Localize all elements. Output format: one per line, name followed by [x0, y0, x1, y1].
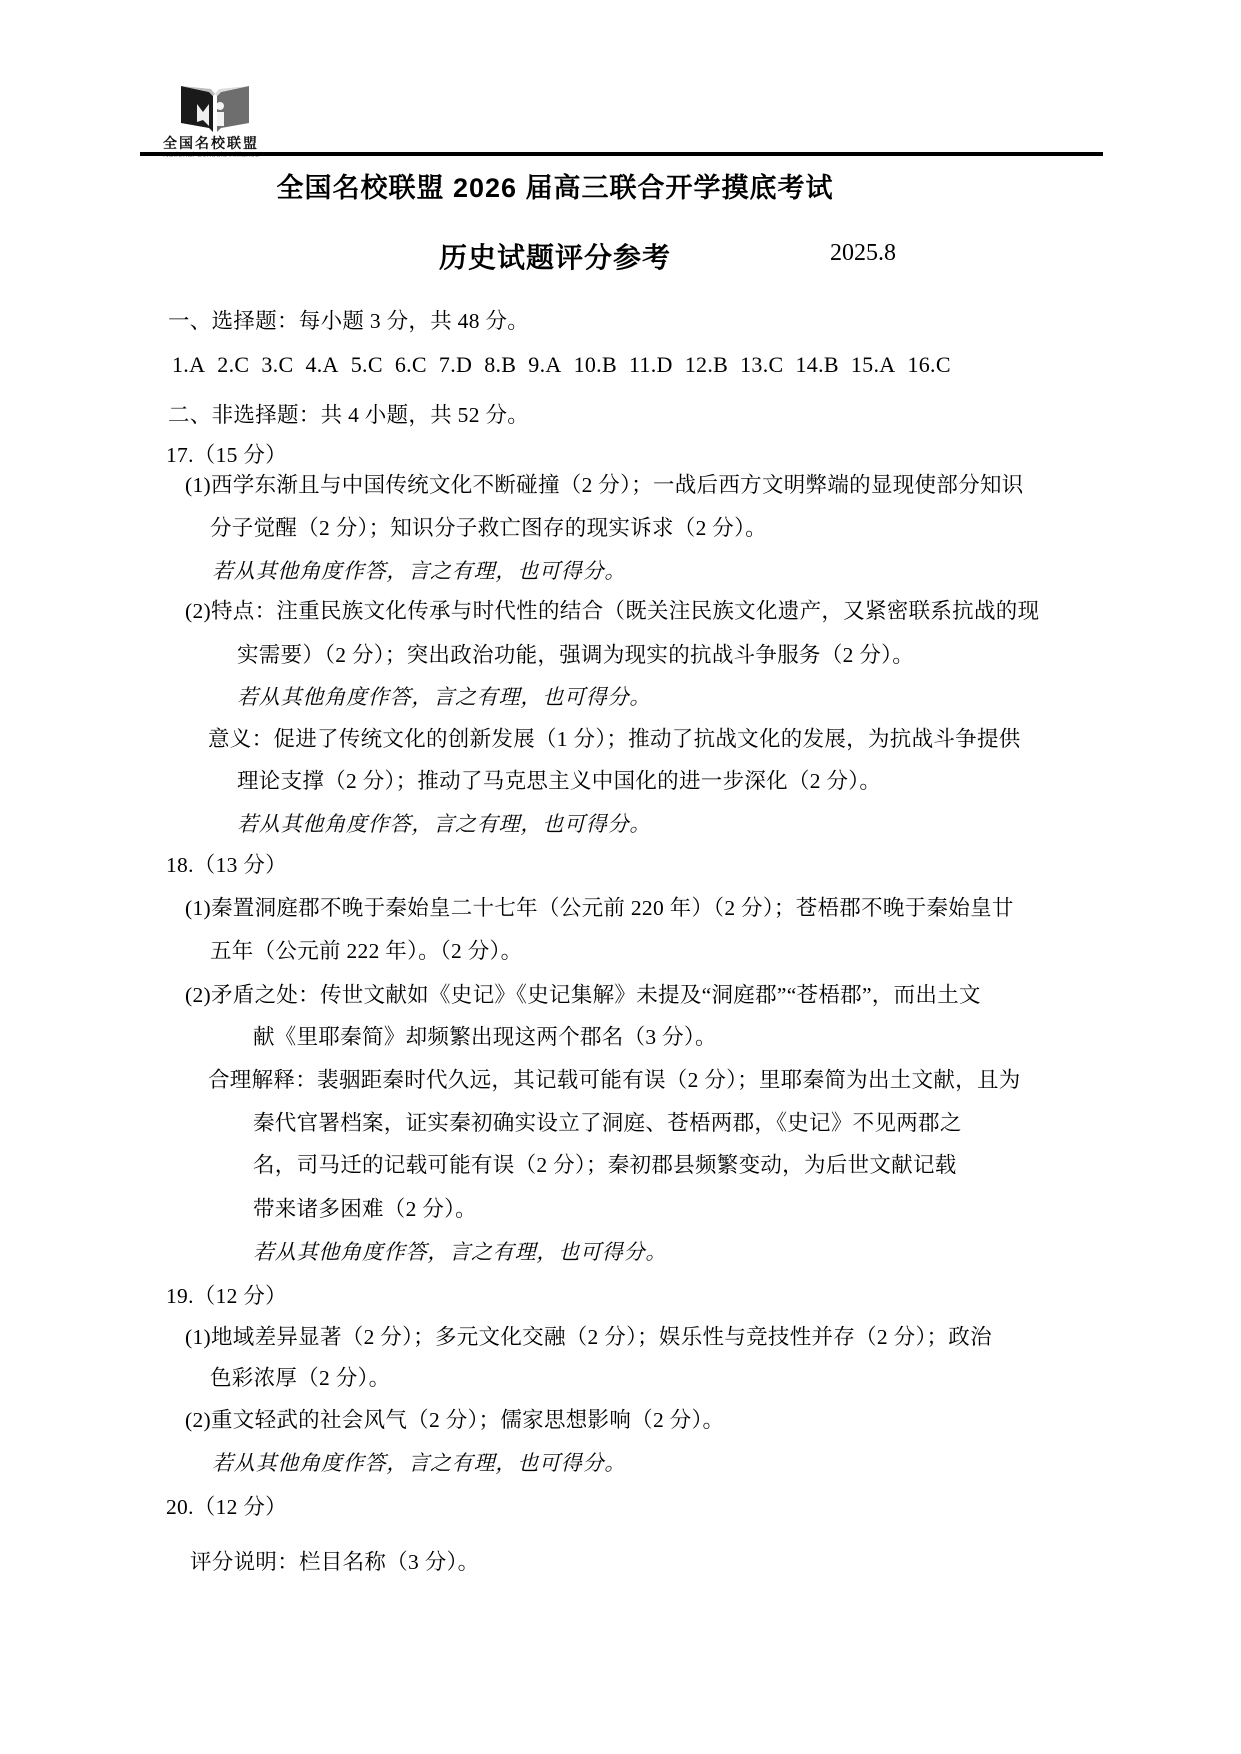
answer-item: 1.A	[172, 352, 205, 377]
answer-item: 11.D	[629, 352, 673, 377]
answer-item: 9.A	[528, 352, 561, 377]
open-book-logo-icon	[175, 82, 255, 134]
header-divider	[140, 152, 1103, 156]
exam-title: 全国名校联盟 2026 届高三联合开学摸底考试	[276, 173, 833, 203]
q18-answer-line: 带来诸多困难（2 分）。	[253, 1196, 477, 1222]
q20-answer-line: 评分说明：栏目名称（3 分）。	[190, 1549, 479, 1575]
answer-item: 14.B	[795, 352, 838, 377]
section-1-heading: 一、选择题：每小题 3 分，共 48 分。	[168, 308, 529, 334]
q19-note-line: 若从其他角度作答，言之有理，也可得分。	[212, 1450, 626, 1476]
q18-answer-line: (2)矛盾之处：传世文献如《史记》《史记集解》未提及“洞庭郡”“苍梧郡”，而出土…	[185, 982, 981, 1008]
q18-answer-line: 名，司马迁的记载可能有误（2 分）；秦初郡县频繁变动，为后世文献记载	[253, 1152, 957, 1178]
q17-note-line: 若从其他角度作答，言之有理，也可得分。	[212, 558, 626, 584]
q17-answer-line: 分子觉醒（2 分）；知识分子救亡图存的现实诉求（2 分）。	[210, 515, 767, 541]
q17-answer-line: (2)特点：注重民族文化传承与时代性的结合（既关注民族文化遗产，又紧密联系抗战的…	[185, 598, 1039, 624]
subject-title: 历史试题评分参考	[439, 242, 671, 273]
alliance-logo: 全国名校联盟 National Schools Alliance	[163, 82, 333, 159]
answer-item: 16.C	[907, 352, 950, 377]
q18-answer-line: 合理解释：裴骃距秦时代久远，其记载可能有误（2 分）；里耶秦简为出土文献，且为	[208, 1067, 1021, 1093]
q19-answer-line: 色彩浓厚（2 分）。	[210, 1365, 390, 1391]
answer-item: 8.B	[484, 352, 516, 377]
answer-item: 4.A	[305, 352, 338, 377]
q17-answer-line: 意义：促进了传统文化的创新发展（1 分）；推动了抗战文化的发展，为抗战斗争提供	[208, 726, 1021, 752]
q19-answer-line: (2)重文轻武的社会风气（2 分）；儒家思想影响（2 分）。	[185, 1407, 724, 1433]
q19-number: 19.（12 分）	[166, 1283, 287, 1309]
answer-item: 5.C	[351, 352, 383, 377]
choice-answers-row: 1.A2.C3.C4.A5.C6.C7.D8.B9.A10.B11.D12.B1…	[172, 352, 963, 378]
q18-answer-line: (1)秦置洞庭郡不晚于秦始皇二十七年（公元前 220 年）（2 分）；苍梧郡不晚…	[185, 895, 1014, 921]
q18-number: 18.（13 分）	[166, 852, 287, 878]
q18-answer-line: 秦代官署档案，证实秦初确实设立了洞庭、苍梧两郡，《史记》不见两郡之	[253, 1110, 962, 1136]
section-2-heading: 二、非选择题：共 4 小题，共 52 分。	[168, 402, 529, 428]
answer-item: 12.B	[685, 352, 728, 377]
q18-answer-line: 五年（公元前 222 年）。（2 分）。	[210, 938, 522, 964]
answer-item: 2.C	[217, 352, 249, 377]
answer-item: 3.C	[261, 352, 293, 377]
answer-item: 10.B	[574, 352, 617, 377]
answer-item: 13.C	[740, 352, 783, 377]
document-page: 全国名校联盟 National Schools Alliance 全国名校联盟 …	[0, 0, 1241, 1754]
logo-name: 全国名校联盟	[163, 136, 333, 150]
q17-answer-line: (1)西学东渐且与中国传统文化不断碰撞（2 分）；一战后西方文明弊端的显现使部分…	[185, 472, 1024, 498]
q17-answer-line: 理论支撑（2 分）；推动了马克思主义中国化的进一步深化（2 分）。	[237, 768, 881, 794]
answer-item: 7.D	[439, 352, 472, 377]
q17-answer-line: 实需要）（2 分）；突出政治功能，强调为现实的抗战斗争服务（2 分）。	[237, 642, 914, 668]
q20-number: 20.（12 分）	[166, 1494, 287, 1520]
exam-date: 2025.8	[830, 240, 896, 267]
q18-note-line: 若从其他角度作答，言之有理，也可得分。	[253, 1239, 667, 1265]
q17-number: 17.（15 分）	[166, 442, 287, 468]
answer-item: 15.A	[851, 352, 896, 377]
answer-item: 6.C	[395, 352, 427, 377]
q19-answer-line: (1)地域差异显著（2 分）；多元文化交融（2 分）；娱乐性与竞技性并存（2 分…	[185, 1324, 992, 1350]
q17-note-line: 若从其他角度作答，言之有理，也可得分。	[237, 811, 651, 837]
q18-answer-line: 献《里耶秦简》却频繁出现这两个郡名（3 分）。	[253, 1024, 717, 1050]
q17-note-line: 若从其他角度作答，言之有理，也可得分。	[237, 684, 651, 710]
